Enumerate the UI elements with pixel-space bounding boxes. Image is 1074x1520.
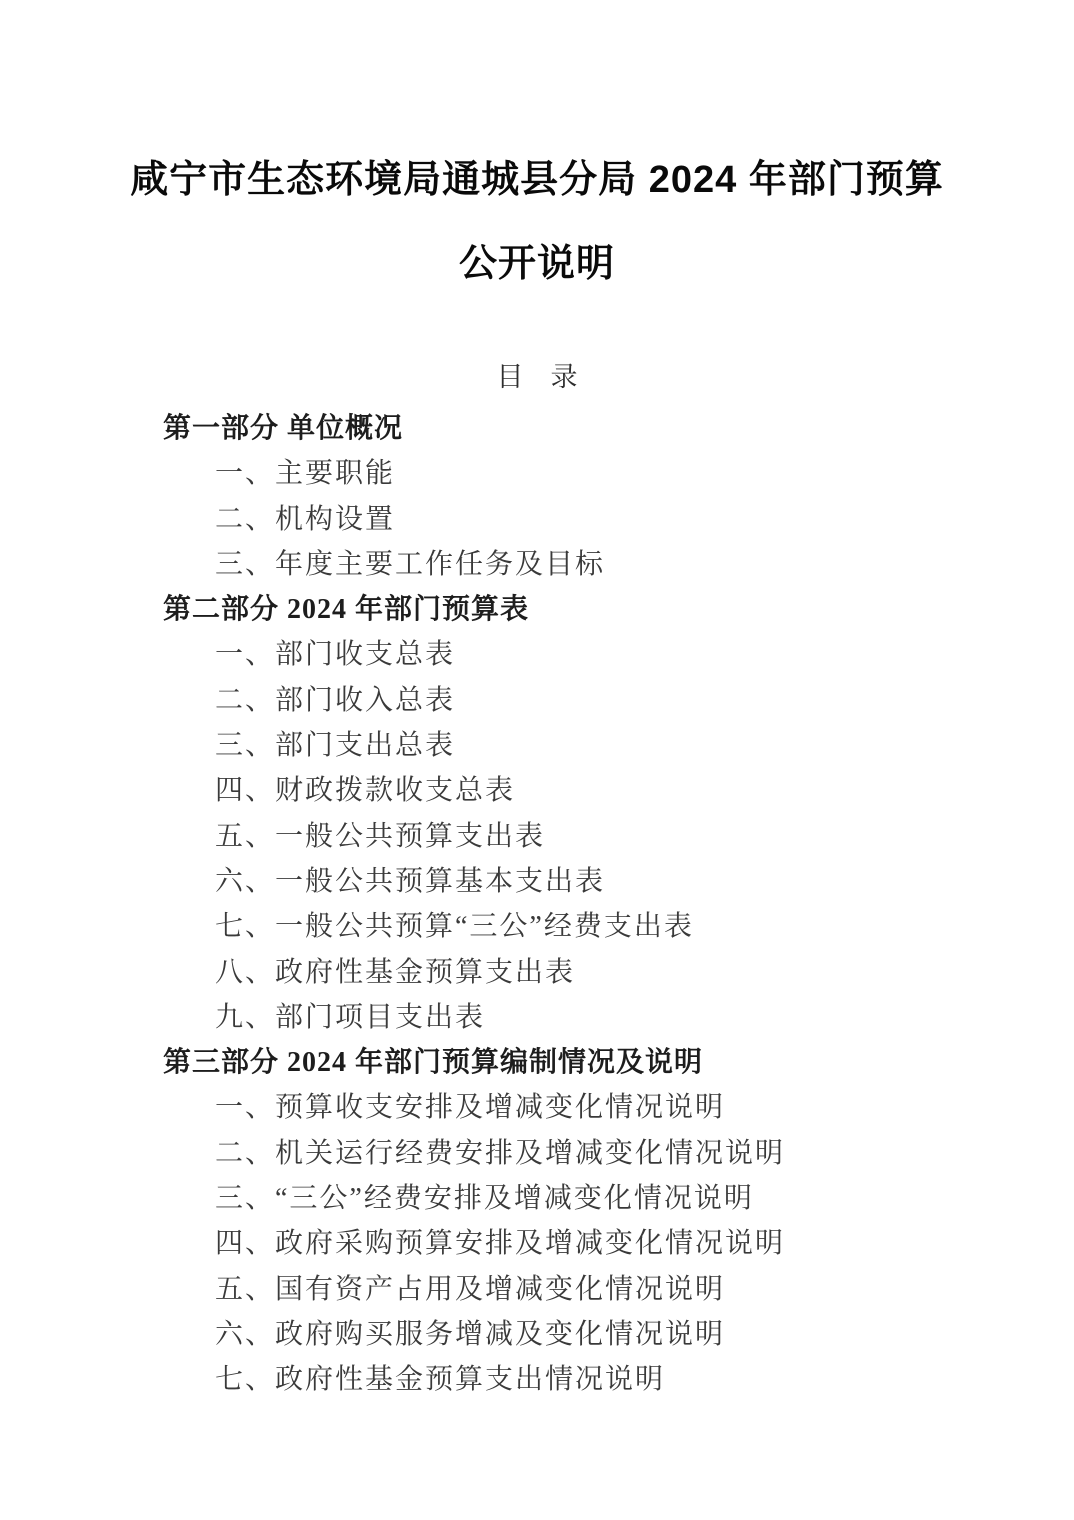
table-of-contents: 第一部分 单位概况 一、主要职能 二、机构设置 三、年度主要工作任务及目标 第二… — [0, 406, 1074, 1403]
toc-title: 目 录 — [0, 362, 1074, 392]
toc-item: 三、年度主要工作任务及目标 — [163, 542, 994, 587]
toc-item: 七、政府性基金预算支出情况说明 — [163, 1357, 994, 1402]
toc-item: 二、机关运行经费安排及增减变化情况说明 — [163, 1131, 994, 1176]
document-page: 咸宁市生态环境局通城县分局 2024 年部门预算 公开说明 目 录 第一部分 单… — [0, 0, 1074, 1520]
toc-section-heading: 第一部分 单位概况 — [163, 406, 994, 451]
toc-item: 三、部门支出总表 — [163, 723, 994, 768]
toc-item: 一、预算收支安排及增减变化情况说明 — [163, 1085, 994, 1130]
document-title-line1: 咸宁市生态环境局通城县分局 2024 年部门预算 — [0, 158, 1074, 202]
toc-section-heading: 第二部分 2024 年部门预算表 — [163, 587, 994, 632]
toc-item: 二、部门收入总表 — [163, 678, 994, 723]
toc-item: 六、一般公共预算基本支出表 — [163, 859, 994, 904]
toc-item: 九、部门项目支出表 — [163, 995, 994, 1040]
toc-item: 七、一般公共预算“三公”经费支出表 — [163, 904, 994, 949]
document-title-line2: 公开说明 — [0, 242, 1074, 286]
toc-item: 五、国有资产占用及增减变化情况说明 — [163, 1267, 994, 1312]
toc-item: 六、政府购买服务增减及变化情况说明 — [163, 1312, 994, 1357]
toc-item: 四、政府采购预算安排及增减变化情况说明 — [163, 1221, 994, 1266]
toc-item: 三、“三公”经费安排及增减变化情况说明 — [163, 1176, 994, 1221]
toc-item: 二、机构设置 — [163, 497, 994, 542]
toc-item: 一、主要职能 — [163, 451, 994, 496]
toc-item: 四、财政拨款收支总表 — [163, 768, 994, 813]
toc-item: 八、政府性基金预算支出表 — [163, 950, 994, 995]
toc-item: 五、一般公共预算支出表 — [163, 814, 994, 859]
toc-item: 一、部门收支总表 — [163, 632, 994, 677]
toc-section-heading: 第三部分 2024 年部门预算编制情况及说明 — [163, 1040, 994, 1085]
